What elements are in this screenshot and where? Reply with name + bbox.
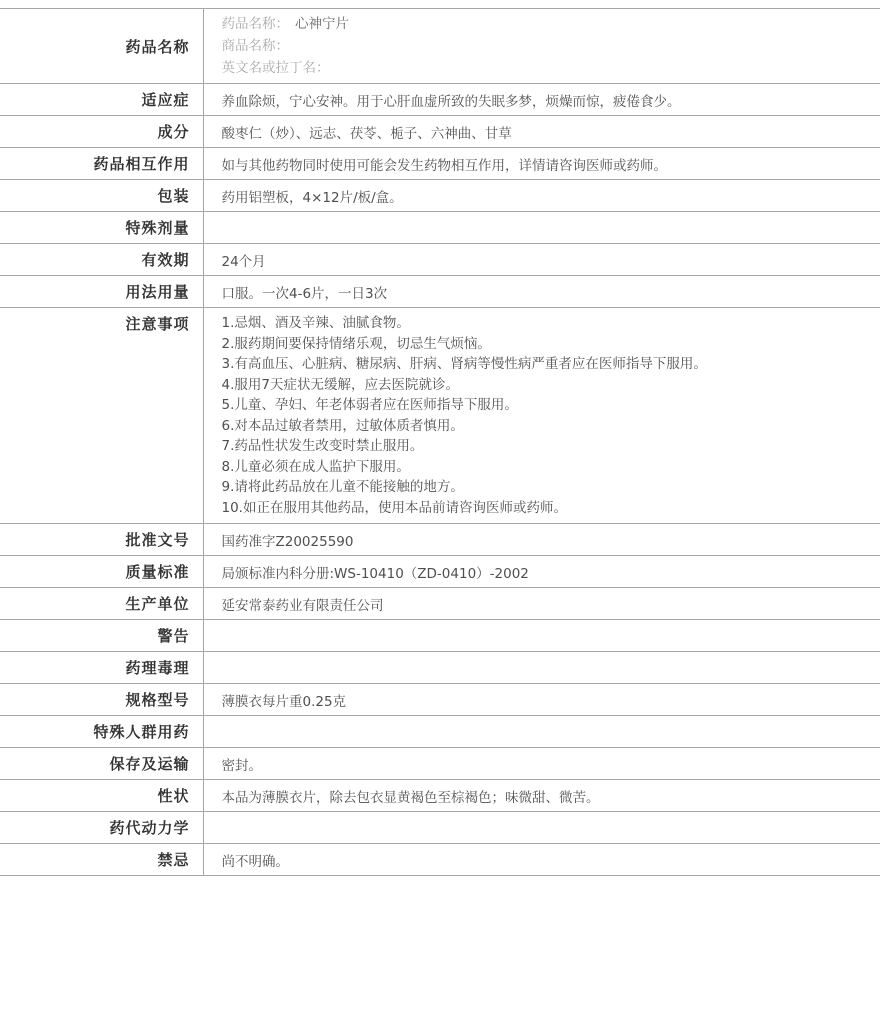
- note-item: 5.儿童、孕妇、年老体弱者应在医师指导下服用。: [222, 395, 871, 416]
- table-row: 包装药用铝塑板，4×12片/板/盒。: [0, 180, 880, 212]
- row-label: 药理毒理: [0, 652, 203, 684]
- drug-info-page: 药品名称药品名称：心神宁片商品名称：英文名或拉丁名：适应症养血除烦，宁心安神。用…: [0, 8, 880, 1030]
- row-label: 批准文号: [0, 524, 203, 556]
- row-label: 警告: [0, 620, 203, 652]
- row-label: 特殊人群用药: [0, 716, 203, 748]
- table-row: 注意事项1.忌烟、酒及辛辣、油腻食物。2.服药期间要保持情绪乐观，切忌生气烦恼。…: [0, 308, 880, 524]
- field-value: 心神宁片: [295, 16, 349, 32]
- note-item: 4.服用7天症状无缓解，应去医院就诊。: [222, 375, 871, 396]
- row-value: 酸枣仁（炒）、远志、茯苓、栀子、六神曲、甘草: [203, 116, 880, 148]
- table-row: 成分酸枣仁（炒）、远志、茯苓、栀子、六神曲、甘草: [0, 116, 880, 148]
- note-item: 2.服药期间要保持情绪乐观，切忌生气烦恼。: [222, 334, 871, 355]
- table-row: 有效期24个月: [0, 244, 880, 276]
- row-value: [203, 652, 880, 684]
- name-line: 英文名或拉丁名：: [222, 57, 871, 79]
- row-value: [203, 812, 880, 844]
- table-row: 保存及运输密封。: [0, 748, 880, 780]
- row-value: 1.忌烟、酒及辛辣、油腻食物。2.服药期间要保持情绪乐观，切忌生气烦恼。3.有高…: [203, 308, 880, 524]
- field-key: 商品名称：: [222, 38, 290, 54]
- table-row: 规格型号薄膜衣每片重0.25克: [0, 684, 880, 716]
- row-value: 口服。一次4-6片，一日3次: [203, 276, 880, 308]
- row-value: 薄膜衣每片重0.25克: [203, 684, 880, 716]
- field-key: 药品名称：: [222, 16, 290, 32]
- row-label: 用法用量: [0, 276, 203, 308]
- row-label: 药品名称: [0, 9, 203, 84]
- row-value: [203, 716, 880, 748]
- row-value: 密封。: [203, 748, 880, 780]
- row-label: 禁忌: [0, 844, 203, 876]
- row-value: 本品为薄膜衣片，除去包衣显黄褐色至棕褐色；味微甜、微苦。: [203, 780, 880, 812]
- row-value: 药品名称：心神宁片商品名称：英文名或拉丁名：: [203, 9, 880, 84]
- table-row: 药品相互作用如与其他药物同时使用可能会发生药物相互作用，详情请咨询医师或药师。: [0, 148, 880, 180]
- row-label: 规格型号: [0, 684, 203, 716]
- row-value: 国药准字Z20025590: [203, 524, 880, 556]
- table-row: 用法用量口服。一次4-6片，一日3次: [0, 276, 880, 308]
- table-row: 警告: [0, 620, 880, 652]
- table-row: 性状本品为薄膜衣片，除去包衣显黄褐色至棕褐色；味微甜、微苦。: [0, 780, 880, 812]
- table-row: 质量标准局颁标准内科分册:WS-10410（ZD-0410）-2002: [0, 556, 880, 588]
- row-value: [203, 212, 880, 244]
- row-label: 质量标准: [0, 556, 203, 588]
- note-item: 1.忌烟、酒及辛辣、油腻食物。: [222, 313, 871, 334]
- row-label: 适应症: [0, 84, 203, 116]
- row-label: 药代动力学: [0, 812, 203, 844]
- table-row: 药理毒理: [0, 652, 880, 684]
- table-row: 生产单位延安常泰药业有限责任公司: [0, 588, 880, 620]
- row-value: 药用铝塑板，4×12片/板/盒。: [203, 180, 880, 212]
- row-value: 24个月: [203, 244, 880, 276]
- row-label: 特殊剂量: [0, 212, 203, 244]
- note-item: 3.有高血压、心脏病、糖尿病、肝病、肾病等慢性病严重者应在医师指导下服用。: [222, 354, 871, 375]
- drug-info-table-body: 药品名称药品名称：心神宁片商品名称：英文名或拉丁名：适应症养血除烦，宁心安神。用…: [0, 9, 880, 876]
- row-label: 性状: [0, 780, 203, 812]
- row-value: 养血除烦，宁心安神。用于心肝血虚所致的失眠多梦，烦燥而惊，疲倦食少。: [203, 84, 880, 116]
- note-item: 9.请将此药品放在儿童不能接触的地方。: [222, 477, 871, 498]
- note-item: 10.如正在服用其他药品，使用本品前请咨询医师或药师。: [222, 498, 871, 519]
- row-label: 保存及运输: [0, 748, 203, 780]
- row-value: 局颁标准内科分册:WS-10410（ZD-0410）-2002: [203, 556, 880, 588]
- note-item: 8.儿童必须在成人监护下服用。: [222, 457, 871, 478]
- table-row: 禁忌尚不明确。: [0, 844, 880, 876]
- table-row: 批准文号国药准字Z20025590: [0, 524, 880, 556]
- row-label: 成分: [0, 116, 203, 148]
- table-row: 特殊剂量: [0, 212, 880, 244]
- table-row: 特殊人群用药: [0, 716, 880, 748]
- row-label: 生产单位: [0, 588, 203, 620]
- table-row: 适应症养血除烦，宁心安神。用于心肝血虚所致的失眠多梦，烦燥而惊，疲倦食少。: [0, 84, 880, 116]
- drug-info-table: 药品名称药品名称：心神宁片商品名称：英文名或拉丁名：适应症养血除烦，宁心安神。用…: [0, 8, 880, 876]
- row-value: 如与其他药物同时使用可能会发生药物相互作用，详情请咨询医师或药师。: [203, 148, 880, 180]
- name-line: 药品名称：心神宁片: [222, 13, 871, 35]
- row-label: 药品相互作用: [0, 148, 203, 180]
- field-key: 英文名或拉丁名：: [222, 60, 330, 76]
- note-item: 7.药品性状发生改变时禁止服用。: [222, 436, 871, 457]
- table-row: 药代动力学: [0, 812, 880, 844]
- table-row: 药品名称药品名称：心神宁片商品名称：英文名或拉丁名：: [0, 9, 880, 84]
- row-label: 有效期: [0, 244, 203, 276]
- name-line: 商品名称：: [222, 35, 871, 57]
- row-value: 延安常泰药业有限责任公司: [203, 588, 880, 620]
- row-label: 包装: [0, 180, 203, 212]
- row-value: [203, 620, 880, 652]
- note-item: 6.对本品过敏者禁用，过敏体质者慎用。: [222, 416, 871, 437]
- row-label: 注意事项: [0, 308, 203, 524]
- row-value: 尚不明确。: [203, 844, 880, 876]
